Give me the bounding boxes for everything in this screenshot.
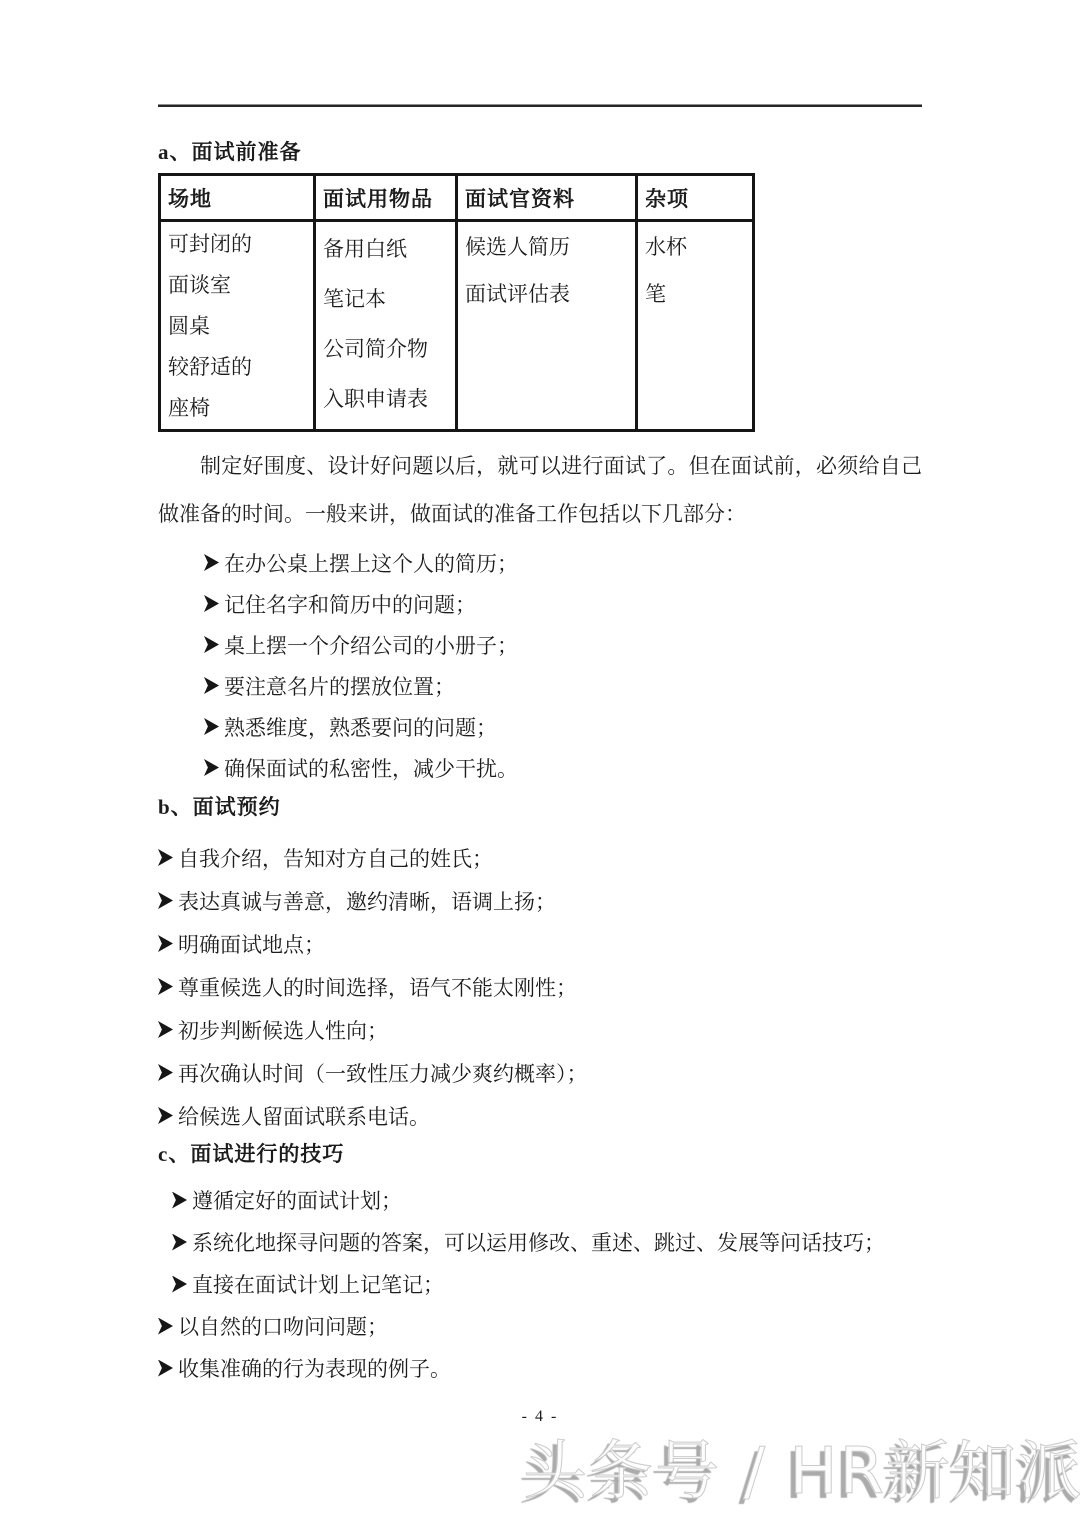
arrow-bullet-icon: [204, 718, 219, 735]
page-content: a、面试前准备 场地 面试用物品 面试官资料 杂项 可封闭的 面谈室 圆: [158, 0, 922, 1429]
bullet-item: 明确面试地点；: [158, 922, 922, 965]
table-cell-interviewer-materials: 候选人简历 面试评估表: [457, 221, 637, 431]
table-cell-line: 笔记本: [323, 274, 451, 324]
table-cell-misc: 水杯 笔: [637, 221, 754, 431]
bullet-item: 自我介绍，告知对方自己的姓氏；: [158, 836, 922, 879]
bullet-item: 遵循定好的面试计划；: [158, 1179, 922, 1221]
table-cell-line: 入职申请表: [323, 374, 451, 424]
intro-paragraph: 制定好围度、设计好问题以后，就可以进行面试了。但在面试前，必须给自己做准备的时间…: [158, 442, 922, 538]
bullet-text: 给候选人留面试联系电话。: [178, 1101, 430, 1131]
bullet-item: 给候选人留面试联系电话。: [158, 1094, 922, 1137]
section-c-heading: c、面试进行的技巧: [158, 1141, 922, 1167]
bullet-text: 表达真诚与善意，邀约清晰，语调上扬；: [178, 886, 556, 916]
table-cell-venue: 可封闭的 面谈室 圆桌 较舒适的 座椅: [160, 221, 315, 431]
bullet-item: 记住名字和简历中的问题；: [204, 583, 922, 624]
bullet-text: 再次确认时间（一致性压力减少爽约概率）；: [178, 1058, 588, 1088]
table-header-venue: 场地: [160, 175, 315, 221]
section-b-heading: b、面试预约: [158, 794, 922, 820]
bullet-text: 初步判断候选人性向；: [178, 1015, 388, 1045]
bullet-item: 初步判断候选人性向；: [158, 1008, 922, 1051]
bullet-item: 桌上摆一个介绍公司的小册子；: [204, 624, 922, 665]
bullet-text: 遵循定好的面试计划；: [192, 1185, 402, 1215]
bullet-text: 熟悉维度，熟悉要问的问题；: [224, 712, 497, 742]
arrow-bullet-icon: [172, 1276, 187, 1293]
bullet-text: 系统化地探寻问题的答案，可以运用修改、重述、跳过、发展等问话技巧；: [192, 1227, 885, 1257]
table-cell-line: 座椅: [168, 388, 309, 429]
table-body-row: 可封闭的 面谈室 圆桌 较舒适的 座椅 备用白纸 笔记本 公司简介物 入职申请表…: [160, 221, 754, 431]
preparation-table: 场地 面试用物品 面试官资料 杂项 可封闭的 面谈室 圆桌 较舒适的 座椅: [158, 173, 755, 432]
table-cell-items: 备用白纸 笔记本 公司简介物 入职申请表: [315, 221, 457, 431]
arrow-bullet-icon: [204, 595, 219, 612]
table-cell-line: 圆桌: [168, 306, 309, 347]
bullet-text: 要注意名片的摆放位置；: [224, 671, 455, 701]
table-header-items: 面试用物品: [315, 175, 457, 221]
section-a-heading: a、面试前准备: [158, 139, 922, 165]
arrow-bullet-icon: [172, 1192, 187, 1209]
arrow-bullet-icon: [204, 554, 219, 571]
bullet-item: 熟悉维度，熟悉要问的问题；: [204, 706, 922, 747]
table-header-interviewer-materials: 面试官资料: [457, 175, 637, 221]
bullet-item: 直接在面试计划上记笔记；: [158, 1263, 922, 1305]
bullet-item: 在办公桌上摆上这个人的简历；: [204, 542, 922, 583]
bullet-text: 以自然的口吻问问题；: [178, 1311, 388, 1341]
arrow-bullet-icon: [158, 935, 173, 952]
bullet-text: 明确面试地点；: [178, 929, 325, 959]
bullet-text: 直接在面试计划上记笔记；: [192, 1269, 444, 1299]
table-cell-line: 公司简介物: [323, 324, 451, 374]
bullet-item: 以自然的口吻问问题；: [158, 1305, 922, 1347]
arrow-bullet-icon: [204, 759, 219, 776]
arrow-bullet-icon: [158, 1064, 173, 1081]
watermark-text: 头条号 / HR新知派: [523, 1436, 1080, 1508]
section-b-bullet-list: 自我介绍，告知对方自己的姓氏； 表达真诚与善意，邀约清晰，语调上扬； 明确面试地…: [158, 836, 922, 1137]
arrow-bullet-icon: [158, 978, 173, 995]
bullet-item: 收集准确的行为表现的例子。: [158, 1347, 922, 1389]
table-cell-line: 面谈室: [168, 265, 309, 306]
bullet-text: 尊重候选人的时间选择，语气不能太刚性；: [178, 972, 577, 1002]
bullet-text: 自我介绍，告知对方自己的姓氏；: [178, 843, 493, 873]
bullet-item: 再次确认时间（一致性压力减少爽约概率）；: [158, 1051, 922, 1094]
bullet-text: 桌上摆一个介绍公司的小册子；: [224, 630, 518, 660]
bullet-item: 表达真诚与善意，邀约清晰，语调上扬；: [158, 879, 922, 922]
arrow-bullet-icon: [158, 849, 173, 866]
arrow-bullet-icon: [158, 1021, 173, 1038]
table-cell-line: 备用白纸: [323, 224, 451, 274]
bullet-text: 确保面试的私密性，减少干扰。: [224, 753, 518, 783]
bullet-item: 确保面试的私密性，减少干扰。: [204, 747, 922, 788]
table-header-row: 场地 面试用物品 面试官资料 杂项: [160, 175, 754, 221]
arrow-bullet-icon: [172, 1234, 187, 1251]
arrow-bullet-icon: [204, 677, 219, 694]
table-cell-line: 水杯: [645, 224, 748, 271]
arrow-bullet-icon: [158, 892, 173, 909]
section-c-bullet-list: 遵循定好的面试计划； 系统化地探寻问题的答案，可以运用修改、重述、跳过、发展等问…: [158, 1179, 922, 1389]
bullet-item: 尊重候选人的时间选择，语气不能太刚性；: [158, 965, 922, 1008]
bullet-item: 要注意名片的摆放位置；: [204, 665, 922, 706]
bullet-text: 在办公桌上摆上这个人的简历；: [224, 548, 518, 578]
arrow-bullet-icon: [158, 1360, 173, 1377]
arrow-bullet-icon: [158, 1107, 173, 1124]
bullet-text: 记住名字和简历中的问题；: [224, 589, 476, 619]
header-rule: [158, 104, 922, 107]
page-number: - 4 -: [158, 1405, 922, 1429]
document-page: a、面试前准备 场地 面试用物品 面试官资料 杂项 可封闭的 面谈室 圆: [0, 0, 1080, 1527]
table-cell-line: 候选人简历: [465, 224, 631, 271]
table-cell-line: 较舒适的: [168, 347, 309, 388]
arrow-bullet-icon: [204, 636, 219, 653]
table-cell-line: 可封闭的: [168, 224, 309, 265]
table-cell-line: 面试评估表: [465, 271, 631, 318]
bullet-text: 收集准确的行为表现的例子。: [178, 1353, 451, 1383]
table-header-misc: 杂项: [637, 175, 754, 221]
bullet-item: 系统化地探寻问题的答案，可以运用修改、重述、跳过、发展等问话技巧；: [158, 1221, 922, 1263]
table-cell-line: 笔: [645, 271, 748, 318]
section-a-bullet-list: 在办公桌上摆上这个人的简历； 记住名字和简历中的问题； 桌上摆一个介绍公司的小册…: [158, 542, 922, 788]
arrow-bullet-icon: [158, 1318, 173, 1335]
